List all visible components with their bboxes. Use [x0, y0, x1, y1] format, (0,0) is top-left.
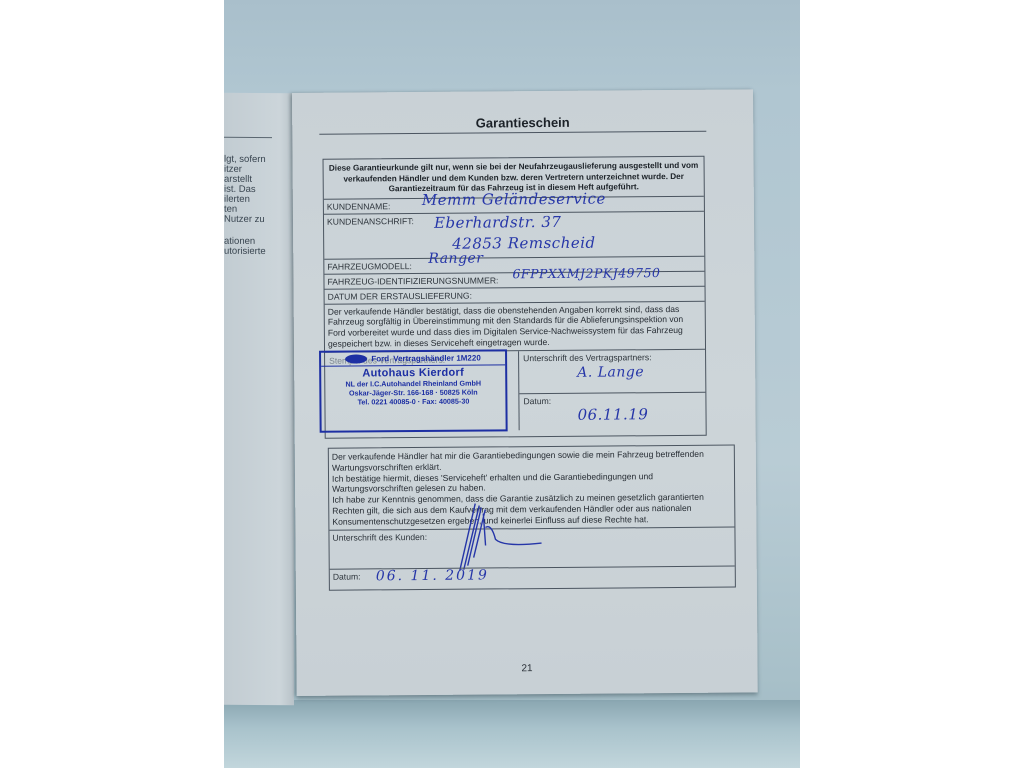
vehicle-model-label: FAHRZEUGMODELL: — [327, 261, 412, 272]
left-page-text: utorisierte — [224, 247, 266, 257]
stamp-cell: Stempel des Vertragspartners: Ford Vertr… — [325, 351, 520, 432]
customer-signature-label: Unterschrift des Kunden: — [332, 532, 427, 543]
partner-date-label: Datum: — [523, 396, 551, 406]
customer-signature — [441, 495, 552, 576]
partner-signature-cell: Unterschrift des Vertragspartners: A. La… — [519, 349, 705, 392]
background-surface — [224, 700, 800, 768]
vin-label: FAHRZEUG-IDENTIFIZIERUNGSNUMMER: — [327, 275, 498, 286]
partner-date: 06.11.19 — [577, 405, 648, 424]
first-delivery-label: DATUM DER ERSTAUSLIEFERUNG: — [328, 290, 472, 301]
left-page-rule — [224, 137, 272, 138]
stamp-brand: Ford — [371, 354, 389, 363]
document-photo: lgt, sofern itzer arstellt ist. Das iler… — [224, 0, 800, 768]
page-number: 21 — [296, 661, 757, 676]
dealer-confirmation: Der verkaufende Händler bestätigt, dass … — [325, 300, 705, 351]
partner-signature-column: Unterschrift des Vertragspartners: A. La… — [519, 349, 706, 435]
stamp-dealer-line: Vertragshändler 1M220 — [393, 353, 481, 363]
guarantee-page: Garantieschein Diese Garantieurkunde gil… — [292, 89, 758, 696]
stamp-phone: Tel. 0221 40085-0 · Fax: 40085-30 — [321, 396, 505, 406]
guarantee-form: Diese Garantieurkunde gilt nur, wenn sie… — [323, 156, 707, 439]
dealer-section: Stempel des Vertragspartners: Ford Vertr… — [325, 348, 706, 437]
partner-signature-label: Unterschrift des Vertragspartners: — [523, 352, 652, 363]
customer-date-cell: Datum: 06. 11. 2019 — [330, 565, 735, 589]
declaration-paragraph: Der verkaufende Händler hat mir die Gara… — [332, 449, 731, 474]
customer-address-row: KUNDENANSCHRIFT: Eberhardstr. 37 42853 R… — [324, 210, 704, 258]
customer-address-line2: 42853 Remscheid — [452, 237, 595, 248]
vin-value: 6FPPXXMJ2PKJ49750 — [512, 268, 660, 279]
customer-declaration-form: Der verkaufende Händler hat mir die Gara… — [328, 445, 736, 591]
partner-signature: A. Lange — [577, 364, 644, 381]
partner-date-cell: Datum: 06.11.19 — [519, 391, 705, 435]
left-page: lgt, sofern itzer arstellt ist. Das iler… — [224, 93, 294, 705]
customer-address-line1: Eberhardstr. 37 — [434, 216, 561, 227]
stamp-branch: NL der I.C.Autohandel Rheinland GmbH — [321, 378, 505, 388]
dealer-stamp: Ford Vertragshändler 1M220 Autohaus Kier… — [319, 349, 508, 432]
customer-name-value: Memm Geländeservice — [422, 193, 606, 204]
declaration-paragraph: Ich bestätige hiermit, dieses 'Servicehe… — [332, 470, 731, 495]
customer-address-label: KUNDENANSCHRIFT: — [327, 216, 414, 227]
left-page-text: Nutzer zu — [224, 215, 265, 225]
customer-date: 06. 11. 2019 — [376, 567, 489, 584]
page-title: Garantieschein — [292, 113, 753, 132]
title-rule — [319, 131, 706, 135]
vehicle-model-value: Ranger — [428, 253, 483, 263]
customer-signature-cell: Unterschrift des Kunden: — [329, 526, 734, 568]
stamp-header: Ford Vertragshändler 1M220 — [321, 351, 505, 363]
customer-date-label: Datum: — [333, 571, 361, 581]
ford-logo-icon — [345, 354, 367, 363]
customer-name-label: KUNDENNAME: — [327, 201, 391, 211]
